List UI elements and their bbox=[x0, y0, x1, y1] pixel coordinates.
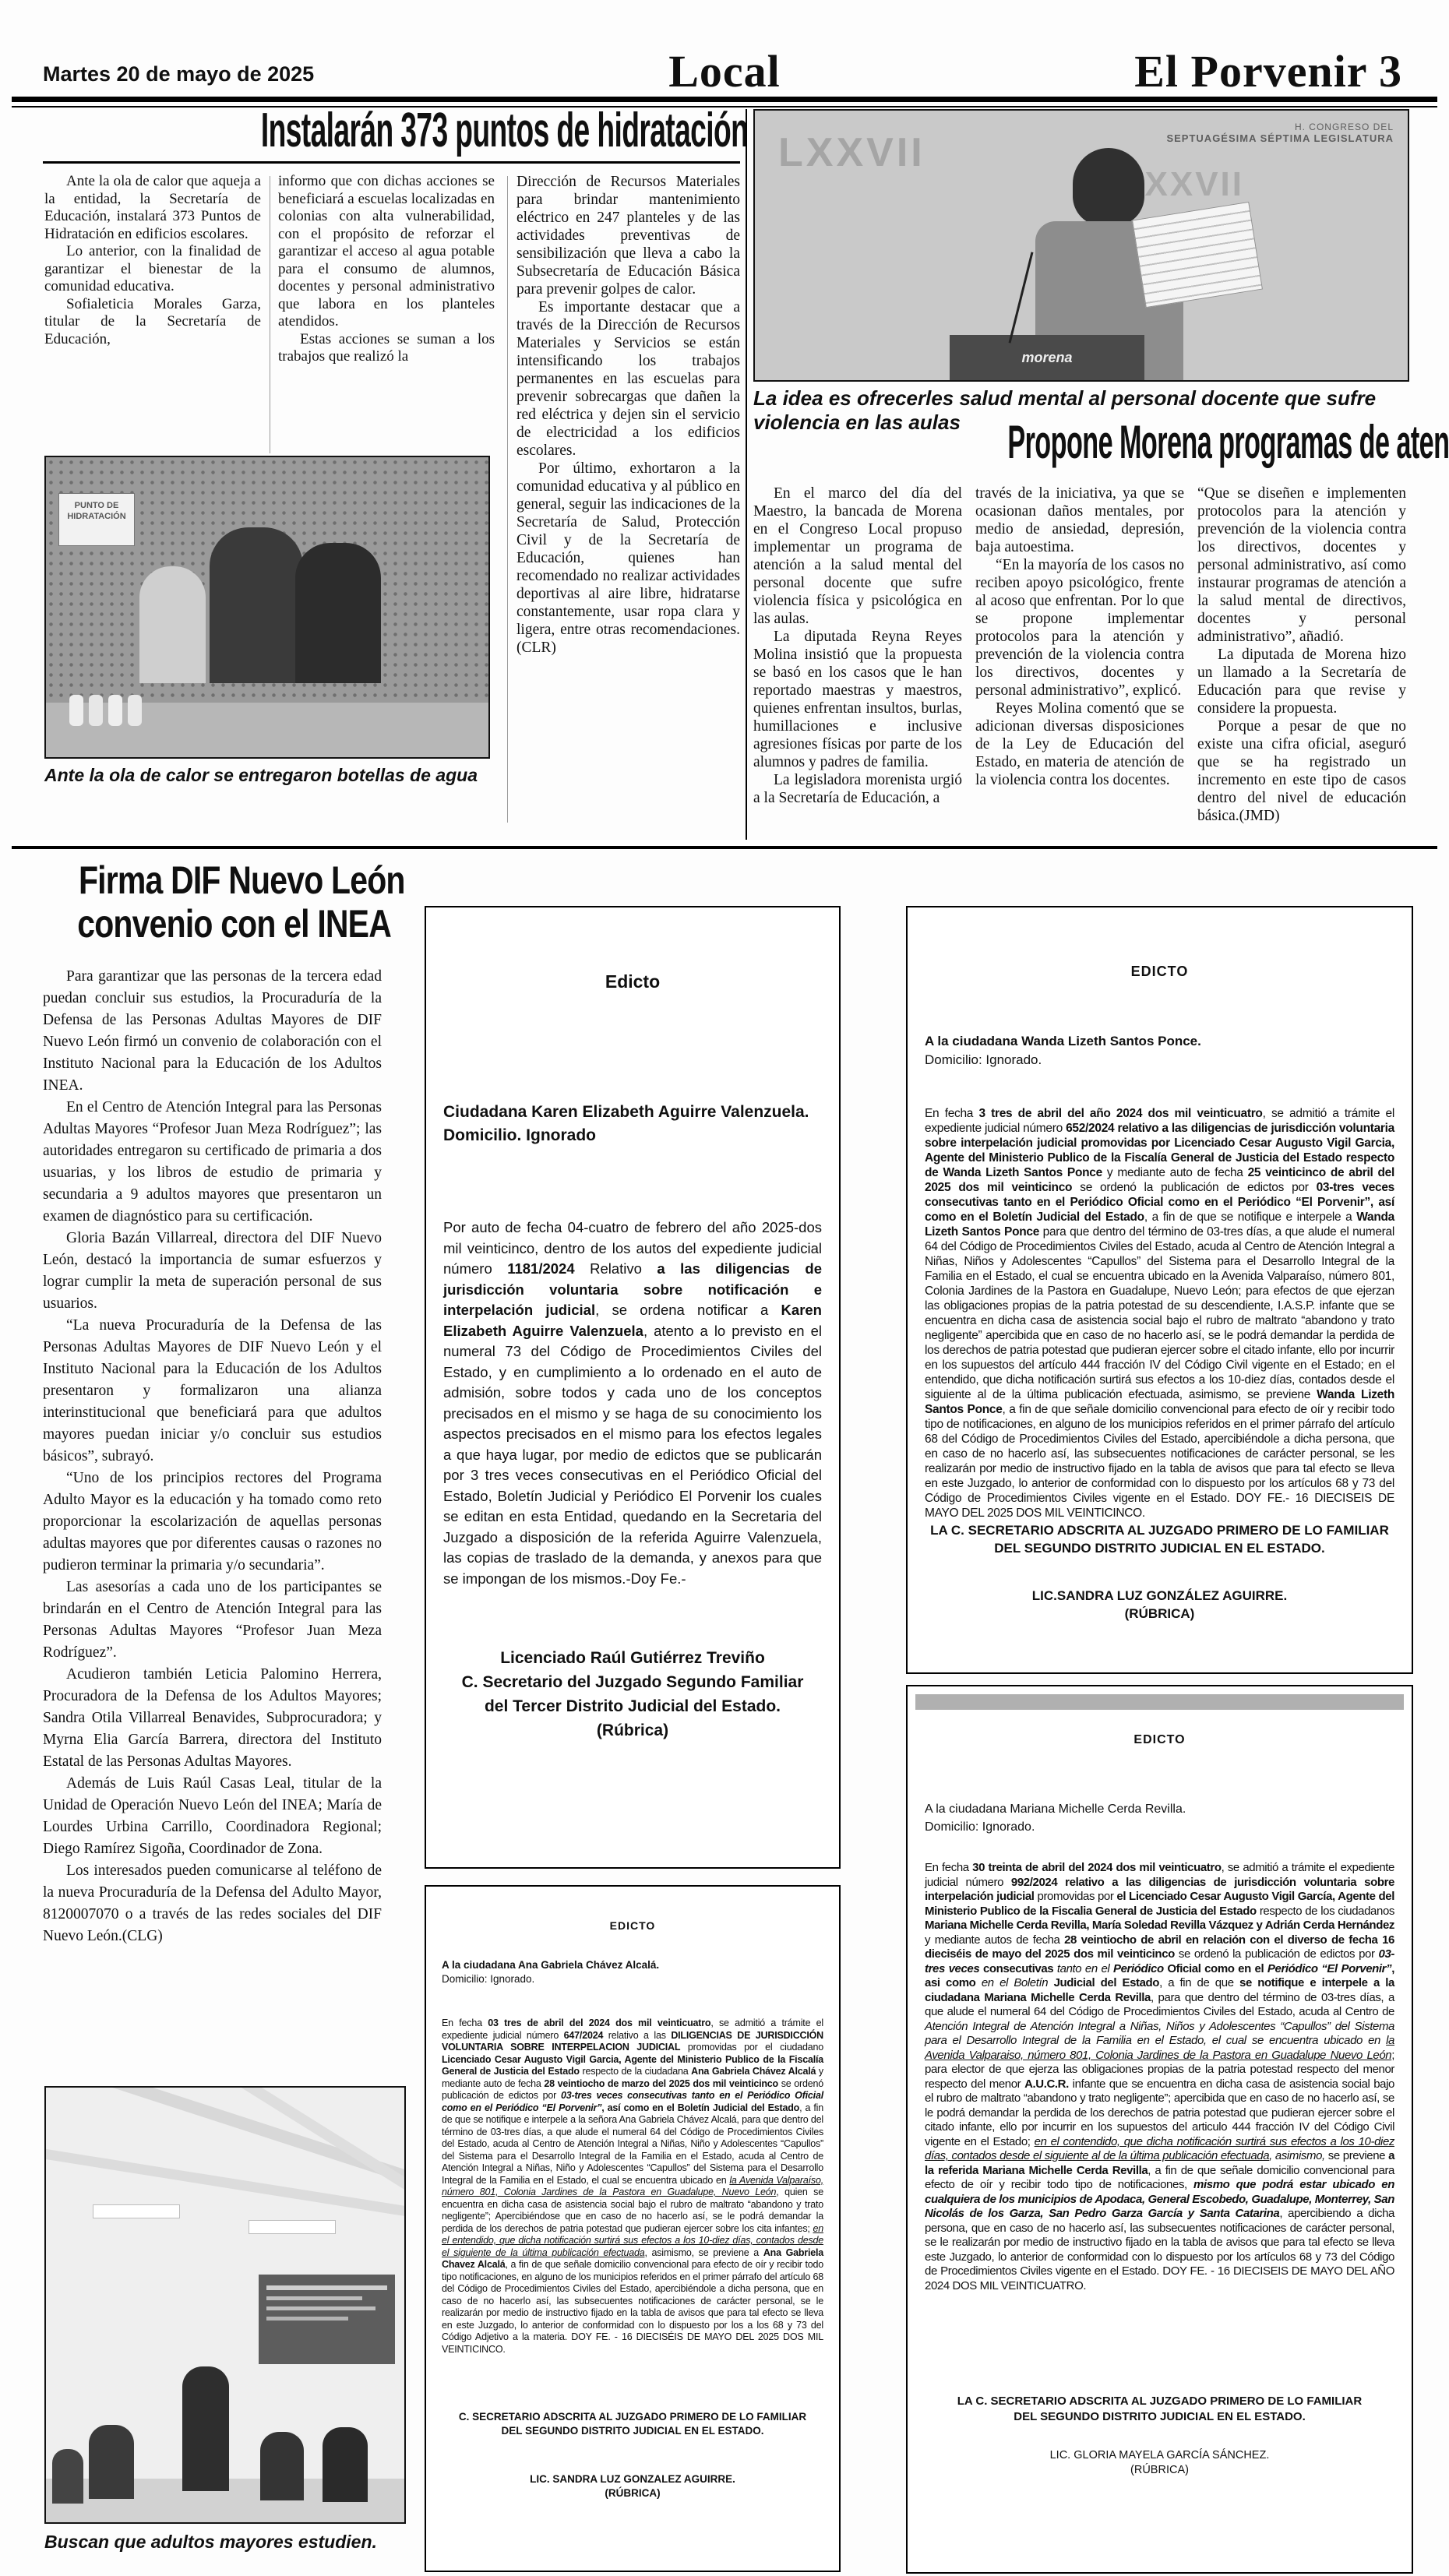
article-hydration-headline: Instalarán 373 puntos de hidratación en … bbox=[43, 103, 740, 159]
seated-person-silhouette bbox=[323, 2427, 368, 2502]
photo-person-silhouette bbox=[139, 566, 206, 683]
section-divider bbox=[746, 109, 747, 840]
header-rule-thick bbox=[12, 97, 1437, 102]
photo-water-bottle bbox=[69, 695, 83, 726]
hydration-sign: PUNTO DE HIDRATACIÓN bbox=[58, 493, 135, 546]
edicto-ana-addressee: A la ciudadana Ana Gabriela Chávez Alcal… bbox=[442, 1958, 659, 1986]
edicto-karen-addressee: Ciudadana Karen Elizabeth Aguirre Valenz… bbox=[443, 1101, 809, 1147]
edicto-ana: EDICTO A la ciudadana Ana Gabriela Cháve… bbox=[425, 1885, 841, 2572]
edicto-wanda-signature-court: LA C. SECRETARIO ADSCRITA AL JUZGADO PRI… bbox=[908, 1521, 1412, 1557]
seated-person-silhouette bbox=[89, 2425, 134, 2499]
newspaper-page: Martes 20 de mayo de 2025 Local El Porve… bbox=[0, 0, 1449, 2576]
edicto-wanda: EDICTO A la ciudadana Wanda Lizeth Santo… bbox=[906, 906, 1413, 1674]
scan-gray-bar bbox=[915, 1694, 1404, 1710]
microphone-stand bbox=[1009, 252, 1034, 343]
edicto-karen-body: Por auto de fecha 04-cuatro de febrero d… bbox=[443, 1218, 822, 1589]
ceiling-light bbox=[249, 2220, 336, 2234]
morena-column-3: “Que se diseñen e implementen protocolos… bbox=[1197, 485, 1406, 831]
seated-person-silhouette bbox=[52, 2449, 83, 2504]
hydration-column-3: Dirección de Recursos Materiales para br… bbox=[516, 173, 740, 823]
edicto-mariana-addressee: A la ciudadana Mariana Michelle Cerda Re… bbox=[925, 1800, 1186, 1836]
masthead: El Porvenir 3 bbox=[1134, 45, 1402, 97]
edicto-wanda-addressee: A la ciudadana Wanda Lizeth Santos Ponce… bbox=[925, 1032, 1201, 1070]
edicto-mariana: EDICTO A la ciudadana Mariana Michelle C… bbox=[906, 1685, 1413, 2574]
photo-person-silhouette bbox=[210, 527, 303, 683]
hydration-column-1: Ante la ola de calor que aqueja a la ent… bbox=[44, 173, 261, 457]
seated-person-silhouette bbox=[260, 2432, 304, 2500]
morena-column-1: En el marco del día del Maestro, la banc… bbox=[753, 485, 962, 831]
morena-column-2: través de la iniciativa, ya que se ocasi… bbox=[975, 485, 1184, 831]
edicto-wanda-signature-name: LIC.SANDRA LUZ GONZÁLEZ AGUIRRE.(RÚBRICA… bbox=[908, 1587, 1412, 1623]
hydration-column-2: informo que con dichas acciones se benef… bbox=[278, 173, 495, 457]
event-banner bbox=[259, 2275, 395, 2364]
podium-morena-logo: morena bbox=[950, 335, 1144, 380]
ceiling-streamer bbox=[48, 2086, 406, 2213]
held-document bbox=[1132, 202, 1263, 308]
mid-page-rule bbox=[12, 846, 1437, 849]
edicto-karen-title: Edicto bbox=[426, 971, 839, 992]
ceiling-light bbox=[93, 2204, 180, 2218]
headline-rule bbox=[43, 161, 740, 164]
edicto-mariana-body: En fecha 30 treinta de abril del 2024 do… bbox=[925, 1861, 1394, 2293]
column-rule bbox=[270, 176, 270, 453]
edicto-mariana-signature-court: LA C. SECRETARIO ADSCRITA AL JUZGADO PRI… bbox=[908, 2394, 1412, 2425]
backdrop-roman-numerals: LXXVII bbox=[778, 129, 925, 176]
edicto-ana-body: En fecha 03 tres de abril del 2024 dos m… bbox=[442, 2017, 823, 2356]
edicto-wanda-title: EDICTO bbox=[908, 964, 1412, 980]
column-rule bbox=[507, 176, 508, 823]
edicto-karen: Edicto Ciudadana Karen Elizabeth Aguirre… bbox=[425, 906, 841, 1869]
photo-person-silhouette bbox=[295, 543, 381, 683]
edicto-ana-signature-court: C. SECRETARIO ADSCRITA AL JUZGADO PRIMER… bbox=[426, 2410, 839, 2438]
photo-water-bottle bbox=[128, 695, 142, 726]
backdrop-text: H. CONGRESO DEL SEPTUAGÉSIMA SÉPTIMA LEG… bbox=[1166, 122, 1394, 144]
article-morena-headline: Propone Morena programas de atención par… bbox=[752, 415, 1406, 470]
edicto-karen-signature: Licenciado Raúl Gutiérrez TreviñoC. Secr… bbox=[426, 1646, 839, 1743]
dif-photo-caption: Buscan que adultos mayores estudien. bbox=[44, 2532, 411, 2553]
photo-hydration: PUNTO DE HIDRATACIÓN bbox=[44, 456, 490, 759]
edicto-wanda-body: En fecha 3 tres de abril del año 2024 do… bbox=[925, 1106, 1394, 1521]
dif-body: Para garantizar que las personas de la t… bbox=[43, 966, 382, 2072]
photo-water-bottle bbox=[89, 695, 103, 726]
edicto-ana-title: EDICTO bbox=[426, 1919, 839, 1932]
photo-water-bottle bbox=[108, 695, 122, 726]
edicto-mariana-signature-name: LIC. GLORIA MAYELA GARCÍA SÁNCHEZ.(RÚBRI… bbox=[908, 2448, 1412, 2478]
hydration-photo-caption: Ante la ola de calor se entregaron botel… bbox=[44, 765, 512, 786]
edicto-mariana-title: EDICTO bbox=[908, 1733, 1412, 1747]
photo-dif-event bbox=[44, 2086, 406, 2524]
photo-congress: LXXVII LXXVII H. CONGRESO DEL SEPTUAGÉSI… bbox=[753, 109, 1409, 382]
standing-person-silhouette bbox=[182, 2366, 229, 2491]
article-dif-headline: Firma DIF Nuevo León convenio con el INE… bbox=[43, 858, 382, 946]
speaker-head bbox=[1073, 148, 1144, 226]
edicto-ana-signature-name: LIC. SANDRA LUZ GONZALEZ AGUIRRE.(RÚBRIC… bbox=[426, 2472, 839, 2500]
